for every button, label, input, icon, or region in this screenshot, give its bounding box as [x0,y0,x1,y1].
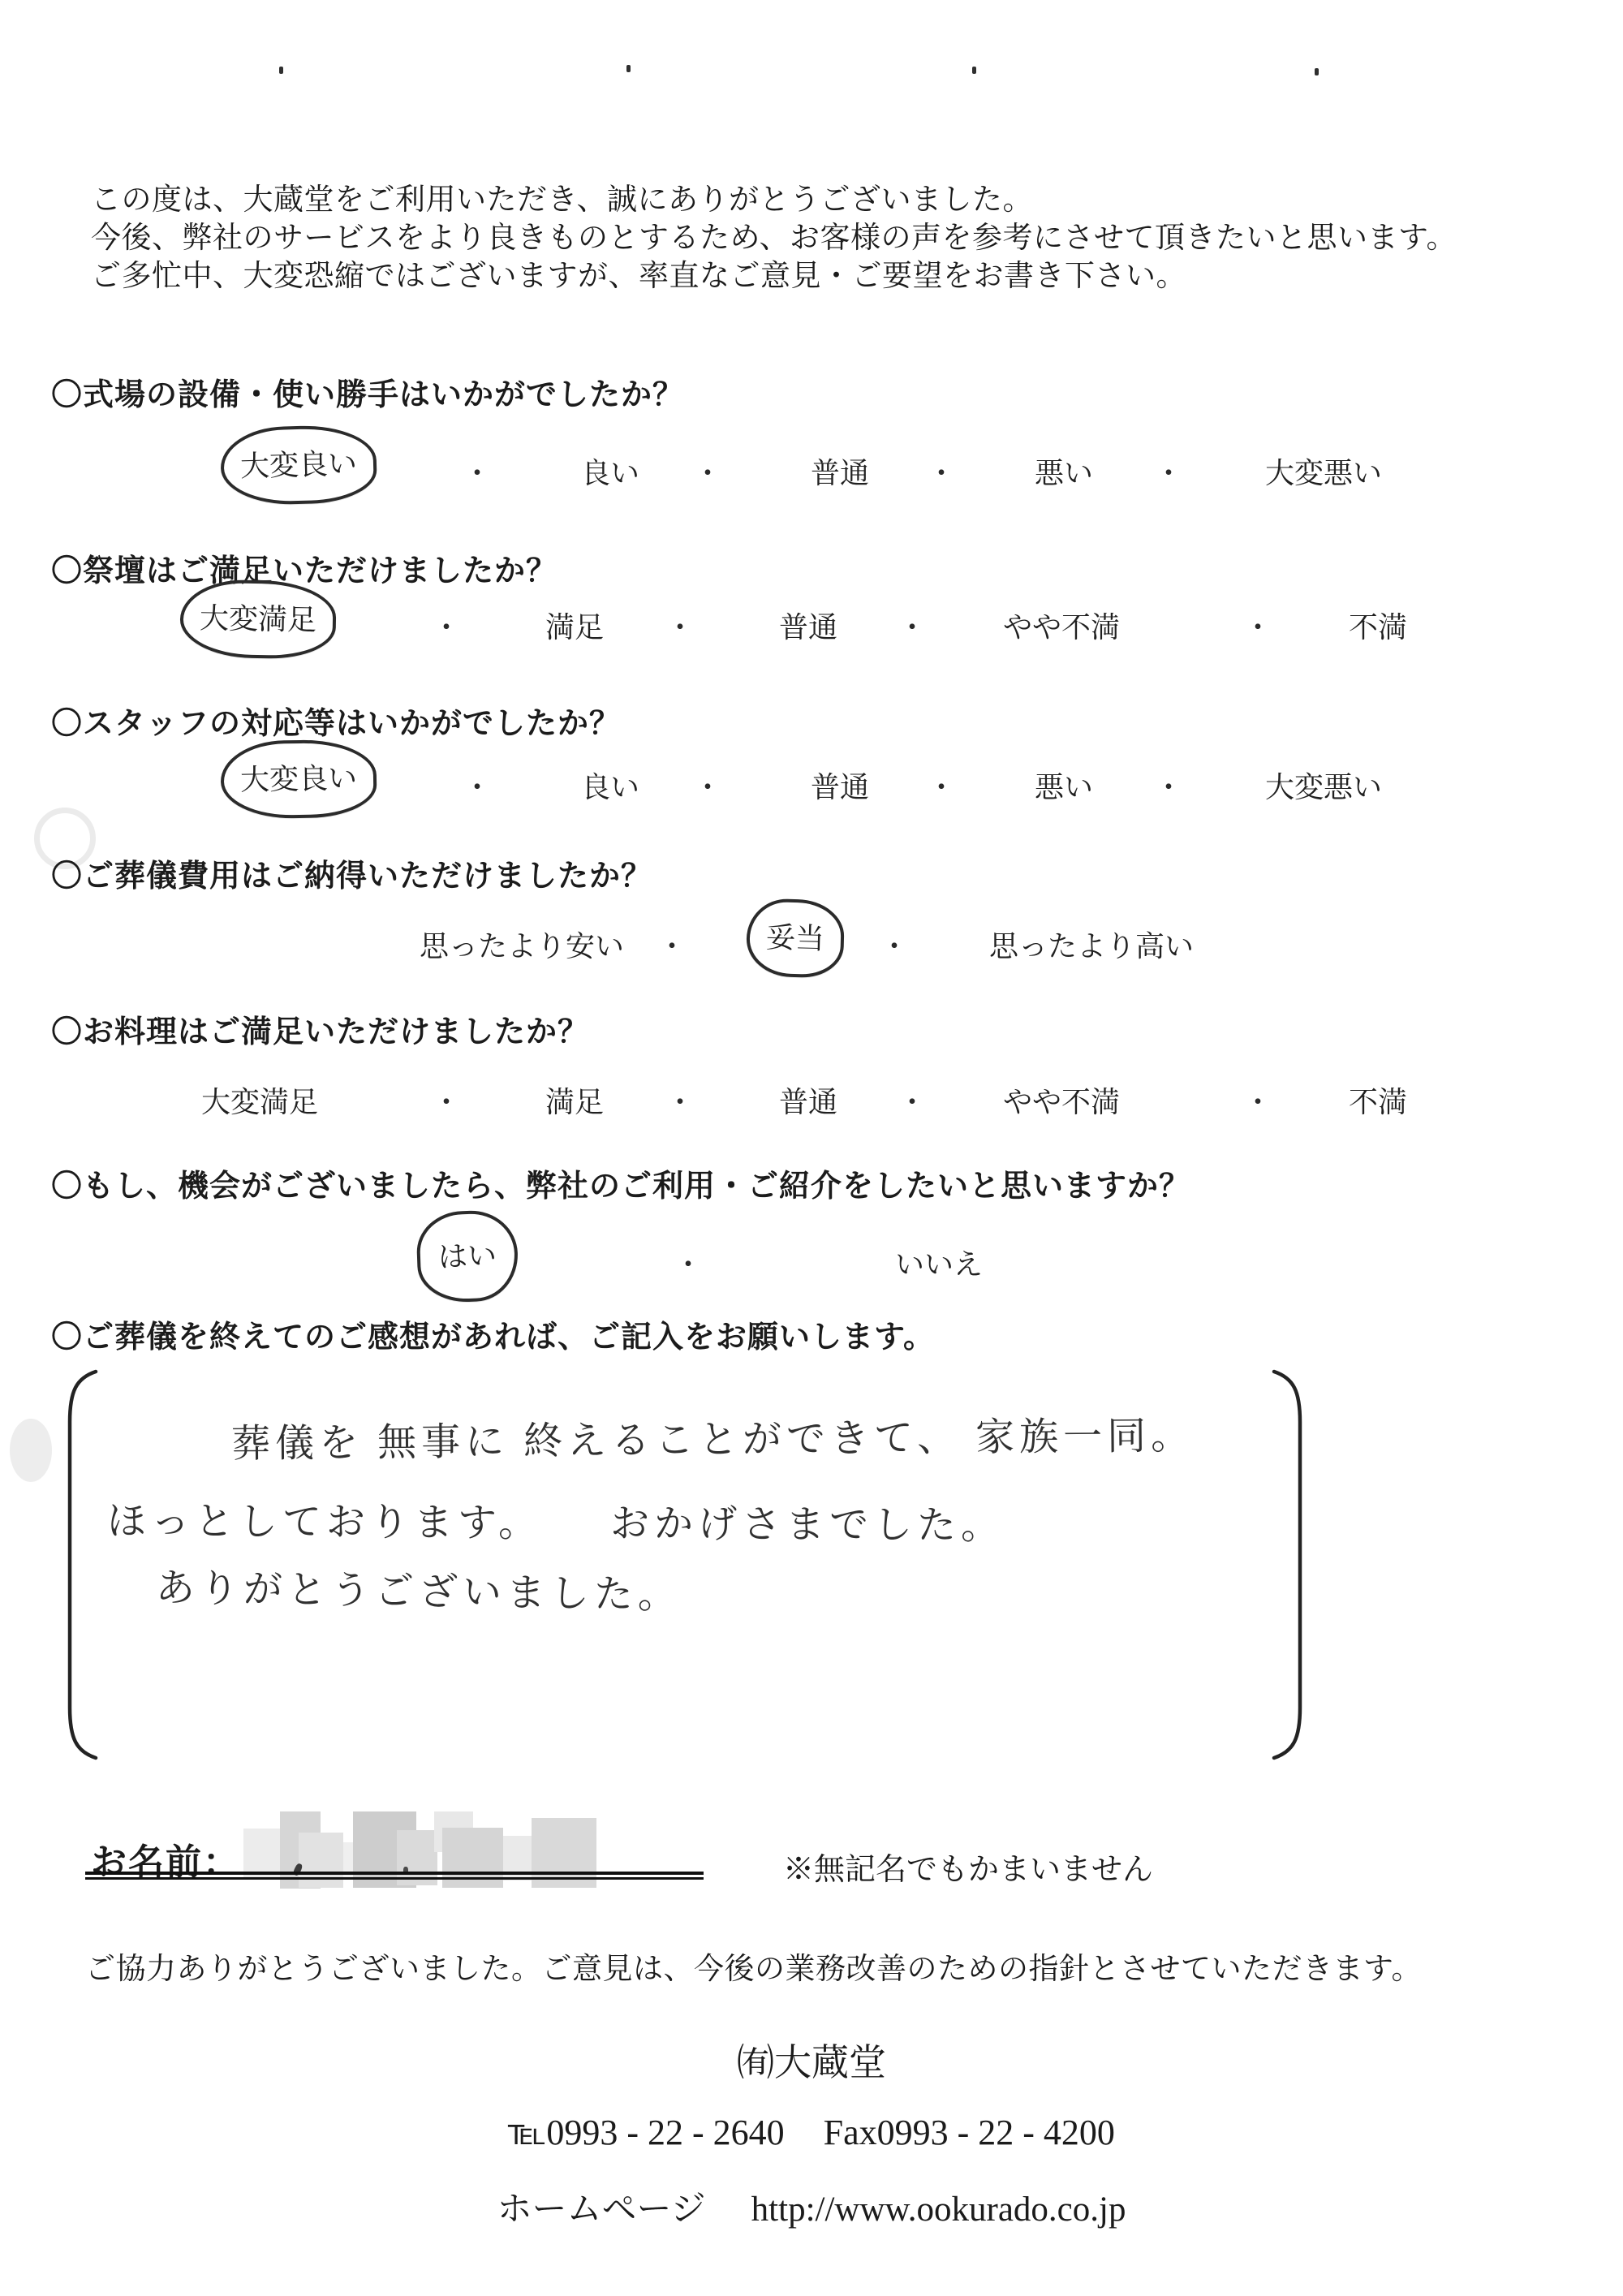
option-separator-dot: ・ [463,765,492,806]
name-underline [85,1872,704,1875]
option-separator-dot: ・ [693,765,722,806]
scan-speck [972,67,976,74]
anonymous-note: ※無記名でもかまいません [783,1844,1153,1889]
option-separator-dot: ・ [463,450,492,492]
q4-option-selected-circle: 妥当 [746,898,845,978]
q2-option: 普通 [779,605,837,646]
intro-line: この度は、大蔵堂をご利用いただき、誠にありがとうございました。 [91,174,1033,218]
q5-option: やや不満 [1003,1079,1120,1121]
option-separator-dot: ・ [1243,605,1272,646]
q5-prompt: 〇お料理はご満足いただけましたか？ [51,1006,589,1051]
questionnaire-page: この度は、大蔵堂をご利用いただき、誠にありがとうございました。 今後、弊社のサー… [0,0,1623,2296]
scan-smudge [10,1419,52,1482]
footer-tel: ℡0993 - 22 - 2640 [508,2113,785,2152]
q3-prompt: 〇スタッフの対応等はいかがでしたか？ [51,698,621,743]
q2-options-row: 大変満足 ・ 満足 ・ 普通 ・ やや不満 ・ 不満 [0,580,1623,686]
option-separator-dot: ・ [432,605,461,646]
q6-option: いいえ [895,1242,983,1283]
footer-contact-line: ℡0993 - 22 - 2640Fax0993 - 22 - 4200 [0,2112,1623,2153]
q5-option: 大変満足 [201,1079,318,1121]
q2-option: 不満 [1349,605,1407,646]
closing-note: ご協力ありがとうございました。ご意見は、今後の業務改善のための指針とさせていただ… [85,1944,1422,1988]
handwritten-comment-line: ほっとしております。 おかげさまでした。 [107,1489,1005,1550]
comment-bracket-right [1269,1368,1308,1761]
q3-options-row: 大変良い ・ 良い ・ 普通 ・ 悪い ・ 大変悪い [0,740,1623,846]
footer-homepage-url: http://www.ookurado.co.jp [751,2190,1126,2229]
q1-option-selected-circle: 大変良い [220,424,377,506]
q7-prompt: 〇ご葬儀を終えてのご感想があれば、ご記入をお願いします。 [51,1312,935,1356]
q2-option: 満足 [545,605,604,646]
q6-options-row: はい ・ いいえ [0,1211,1623,1316]
option-separator-dot: ・ [880,924,909,965]
option-separator-dot: ・ [665,1079,695,1121]
q1-options-row: 大変良い ・ 良い ・ 普通 ・ 悪い ・ 大変悪い [0,426,1623,532]
option-separator-dot: ・ [1243,1079,1272,1121]
option-separator-dot: ・ [674,1242,703,1283]
option-separator-dot: ・ [927,450,956,492]
scan-speck [1315,68,1319,75]
option-separator-dot: ・ [898,605,927,646]
q4-options-row: 思ったより安い ・ 妥当 ・ 思ったより高い [0,899,1623,1005]
intro-line: ご多忙中、大変恐縮ではございますが、率直なご意見・ご要望をお書き下さい。 [91,251,1186,295]
scan-speck [626,65,631,72]
q3-option: 大変悪い [1265,765,1382,806]
option-separator-dot: ・ [1154,450,1183,492]
option-separator-dot: ・ [657,924,687,965]
q3-option: 悪い [1035,765,1093,806]
q2-option-selected-circle: 大変満足 [179,579,337,659]
q4-option: 思ったより高い [989,924,1194,965]
handwritten-comment-line: 葬儀を 無事に 終えることができて、 家族一同。 [231,1404,1195,1468]
q6-option-selected-circle: はい [415,1209,519,1303]
footer-company-line: ㈲大蔵堂 [0,2033,1623,2087]
q3-option-selected-circle: 大変良い [220,739,377,819]
q3-option: 良い [581,765,639,806]
q4-prompt: 〇ご葬儀費用はご納得いただけましたか？ [51,851,652,895]
name-underline [85,1877,704,1880]
q3-option: 普通 [811,765,869,806]
q1-option: 悪い [1035,450,1093,492]
option-separator-dot: ・ [898,1079,927,1121]
intro-line: 今後、弊社のサービスをより良きものとするため、お客様の声を参考にさせて頂きたいと… [91,213,1457,256]
q1-option: 普通 [811,450,869,492]
footer-company-name: ㈲大蔵堂 [737,2042,886,2083]
footer-fax: Fax0993 - 22 - 4200 [824,2113,1115,2152]
q1-prompt: 〇式場の設備・使い勝手はいかがでしたか？ [51,369,684,414]
option-separator-dot: ・ [1154,765,1183,806]
q5-option: 満足 [545,1079,604,1121]
q6-prompt: 〇もし、機会がございましたら、弊社のご利用・ご紹介をしたいと思いますか？ [51,1161,1190,1205]
q5-options-row: 大変満足 ・ 満足 ・ 普通 ・ やや不満 ・ 不満 [0,1055,1623,1161]
q5-option: 普通 [779,1079,837,1121]
q1-option: 大変悪い [1265,450,1382,492]
q1-option: 良い [581,450,639,492]
scan-speck [279,67,283,74]
option-separator-dot: ・ [665,605,695,646]
option-separator-dot: ・ [693,450,722,492]
footer-homepage-label: ホームページ [497,2190,706,2229]
comment-bracket-left [62,1368,101,1761]
option-separator-dot: ・ [432,1079,461,1121]
option-separator-dot: ・ [927,765,956,806]
q2-option: やや不満 [1003,605,1120,646]
q4-option: 思ったより安い [420,924,624,965]
handwritten-comment-line: ありがとうございました。 [156,1556,682,1619]
q5-option: 不満 [1349,1079,1407,1121]
footer-homepage-line: ホームページhttp://www.ookurado.co.jp [0,2182,1623,2231]
